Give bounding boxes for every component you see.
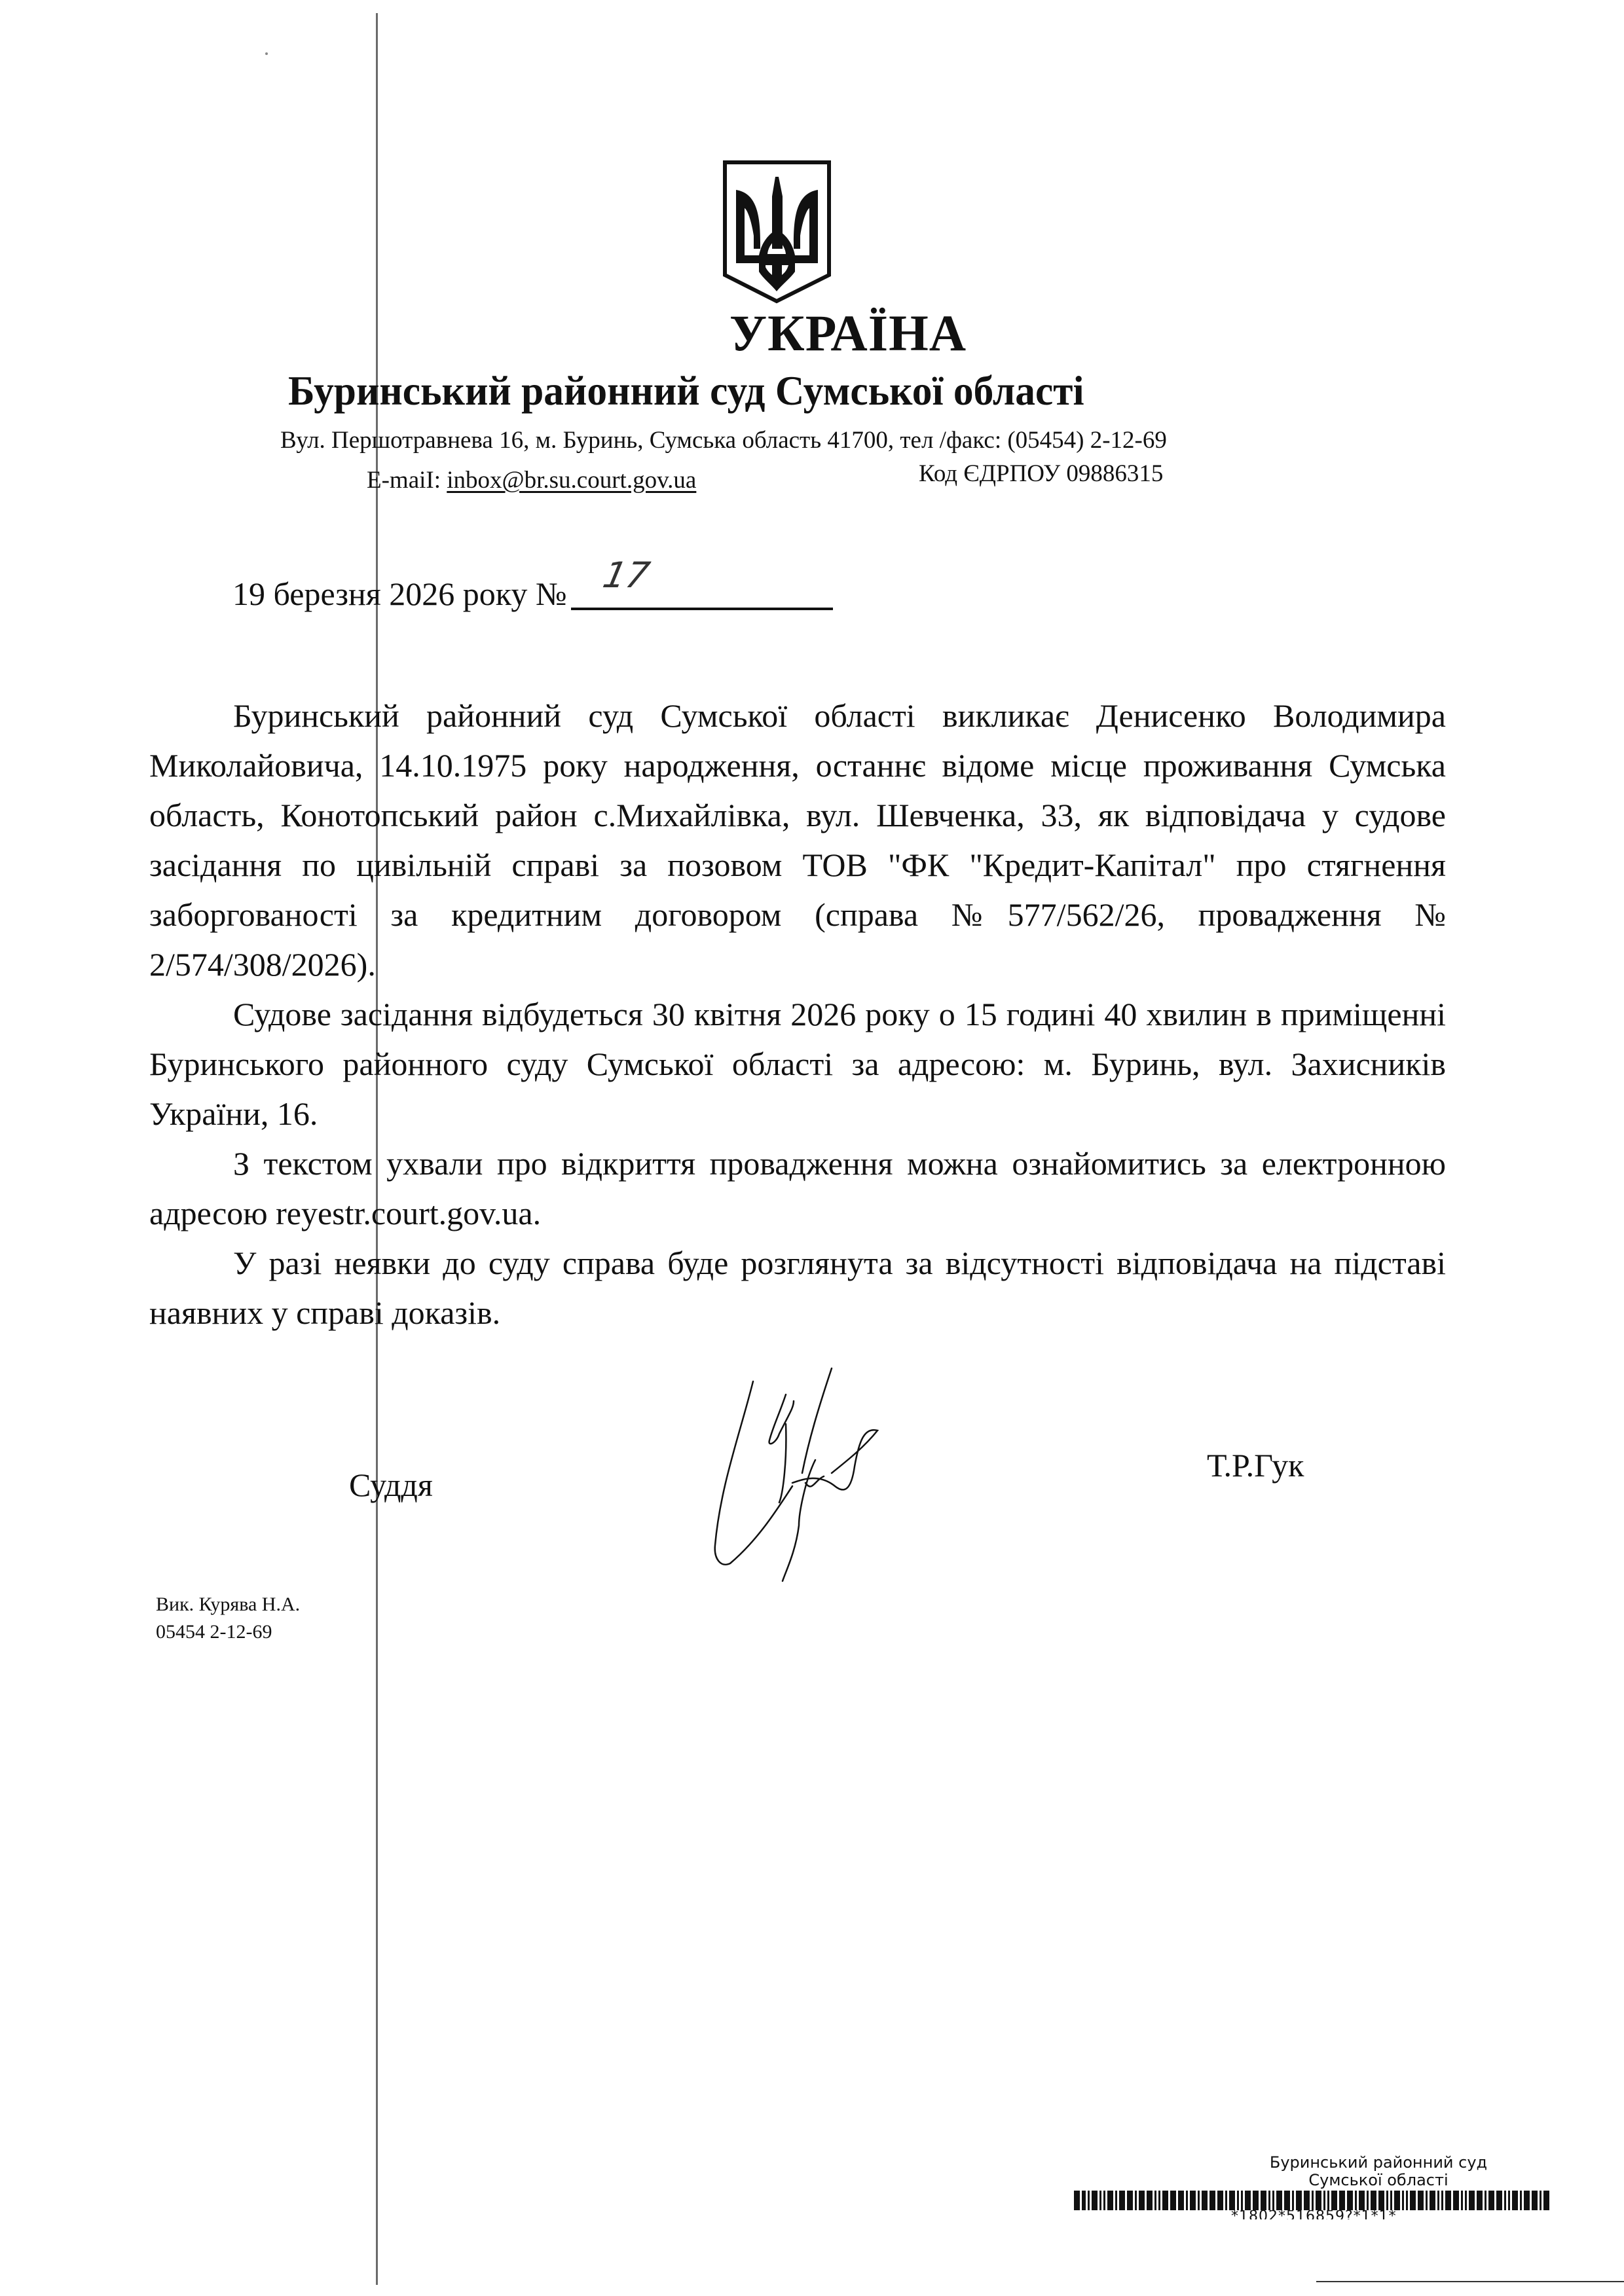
registration-stamp: Буринський районний суд Сумської області… (1074, 2154, 1572, 2219)
summons-body: Буринський районний суд Сумської області… (149, 691, 1446, 1338)
email-label: E-maiI: (367, 467, 447, 494)
executor-name: Вик. Курява Н.А. (156, 1591, 300, 1618)
edrpou-code: Код ЄДРПОУ 09886315 (919, 462, 1163, 486)
coat-of-arms-trident-icon (720, 157, 834, 304)
scan-speck (265, 52, 268, 55)
stamp-court-line2: Сумської області (1074, 2172, 1572, 2189)
barcode-icon (1074, 2191, 1572, 2210)
document-number-field: 17 (571, 576, 833, 610)
default-warning-paragraph: У разі неявки до суду справа буде розгля… (149, 1238, 1446, 1338)
executor-info: Вик. Курява Н.А. 05454 2-12-69 (156, 1591, 300, 1646)
email-link[interactable]: inbox@br.su.court.gov.ua (447, 467, 696, 494)
stamp-court-line1: Буринський районний суд (1074, 2154, 1572, 2172)
judge-name: Т.Р.Гук (1207, 1449, 1304, 1482)
hearing-paragraph: Судове засідання відбудеться 30 квітня 2… (149, 989, 1446, 1139)
barcode-number: *1802*516859?*1*1* (1074, 2210, 1572, 2219)
executor-phone: 05454 2-12-69 (156, 1618, 300, 1646)
document-date: 19 березня 2026 року № (232, 577, 567, 610)
court-address: Вул. Першотравнева 16, м. Буринь, Сумськ… (280, 428, 1167, 452)
country-title: УКРАЇНА (0, 308, 1624, 359)
judge-role-label: Суддя (349, 1468, 433, 1501)
court-name-heading: Буринський районний суд Сумської області (288, 370, 1084, 412)
document-number-handwritten: 17 (600, 558, 652, 593)
ruling-info-paragraph: З текстом ухвали про відкриття проваджен… (149, 1139, 1446, 1238)
handwritten-signature-icon (668, 1355, 943, 1591)
scan-edge-line (1316, 2281, 1624, 2282)
summons-paragraph: Буринський районний суд Сумської області… (149, 691, 1446, 989)
court-email-row: E-maiI: inbox@br.su.court.gov.ua (367, 468, 696, 492)
document-dateline: 19 березня 2026 року № 17 (232, 576, 833, 610)
